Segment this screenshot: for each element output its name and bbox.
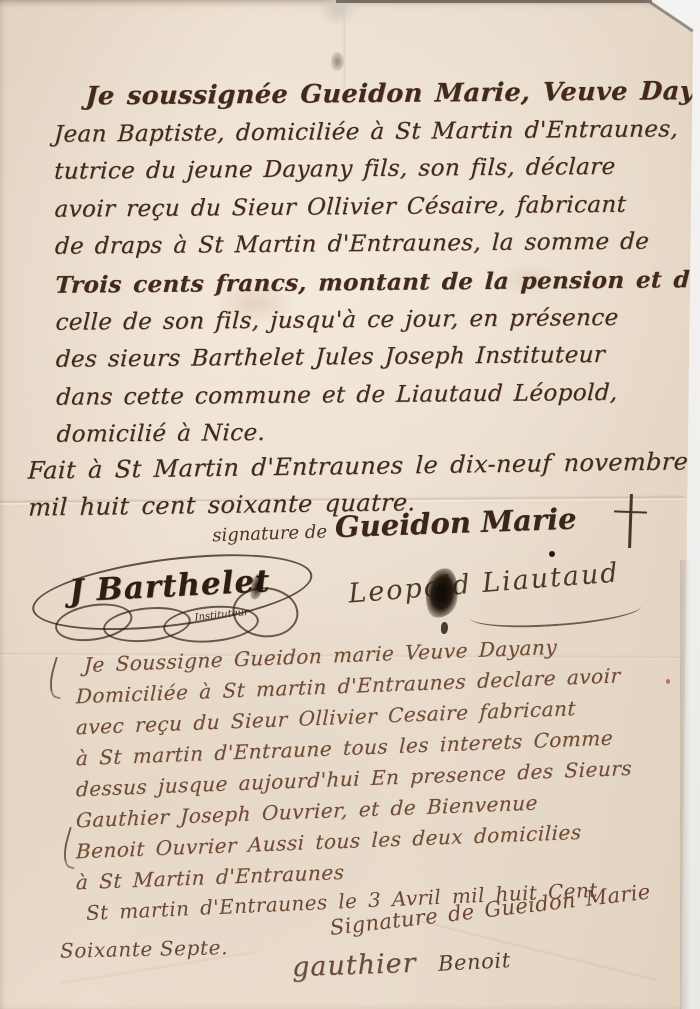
handwritten-line: dans cette commune et de Liautaud Léopol…: [55, 374, 689, 417]
handwritten-line: Je soussignée Gueidon Marie, Veuve Dayan…: [53, 73, 687, 116]
signature-caption-prefix: signature de: [212, 521, 327, 546]
signature-gauthier: gauthier: [291, 948, 417, 983]
handwritten-line: des sieurs Barthelet Jules Joseph Instit…: [55, 336, 689, 379]
paper-tear: [318, 0, 358, 26]
handwritten-line: avoir reçu du Sieur Ollivier Césaire, fa…: [54, 186, 688, 229]
handwritten-line: de draps à St Martin d'Entraunes, la som…: [54, 224, 688, 267]
first-declaration-paragraph: Je soussignée Gueidon Marie, Veuve Dayan…: [53, 73, 688, 454]
signature-caption-name: Gueidon Marie: [334, 502, 577, 544]
scan-background: Je soussignée Gueidon Marie, Veuve Dayan…: [0, 0, 700, 1009]
paper-speck: [666, 679, 670, 684]
document-page: Je soussignée Gueidon Marie, Veuve Dayan…: [0, 0, 700, 1009]
closing-year-line: Soixante Septe.: [60, 935, 228, 963]
handwritten-line: celle de son fils, jusqu'à ce jour, en p…: [55, 299, 689, 342]
signature-underline-flourish: [470, 602, 643, 632]
second-declaration-paragraph: Je Soussigne Gueidon marie Veuve DayanyD…: [58, 651, 662, 899]
ink-dot: [549, 551, 555, 557]
scan-edge-line: [336, 0, 652, 3]
handwritten-line: Jean Baptiste, domiciliée à St Martin d'…: [53, 111, 687, 154]
witness-signature-liautaud: Leopold Liautaud: [347, 557, 620, 609]
signature-benoit: Benoit: [437, 948, 511, 976]
handwritten-line: tutrice du jeune Dayany fils, son fils, …: [53, 148, 687, 191]
signature-cross-mark: [612, 494, 648, 548]
handwritten-line: Trois cents francs, montant de la pensio…: [54, 261, 688, 304]
cross-horizontal-stroke: [614, 510, 647, 514]
witness-name: Leopold Liautaud: [347, 557, 620, 609]
cross-vertical-stroke: [628, 494, 632, 548]
paper-edge-shadow: [680, 560, 690, 1009]
ink-blot: [441, 622, 448, 634]
